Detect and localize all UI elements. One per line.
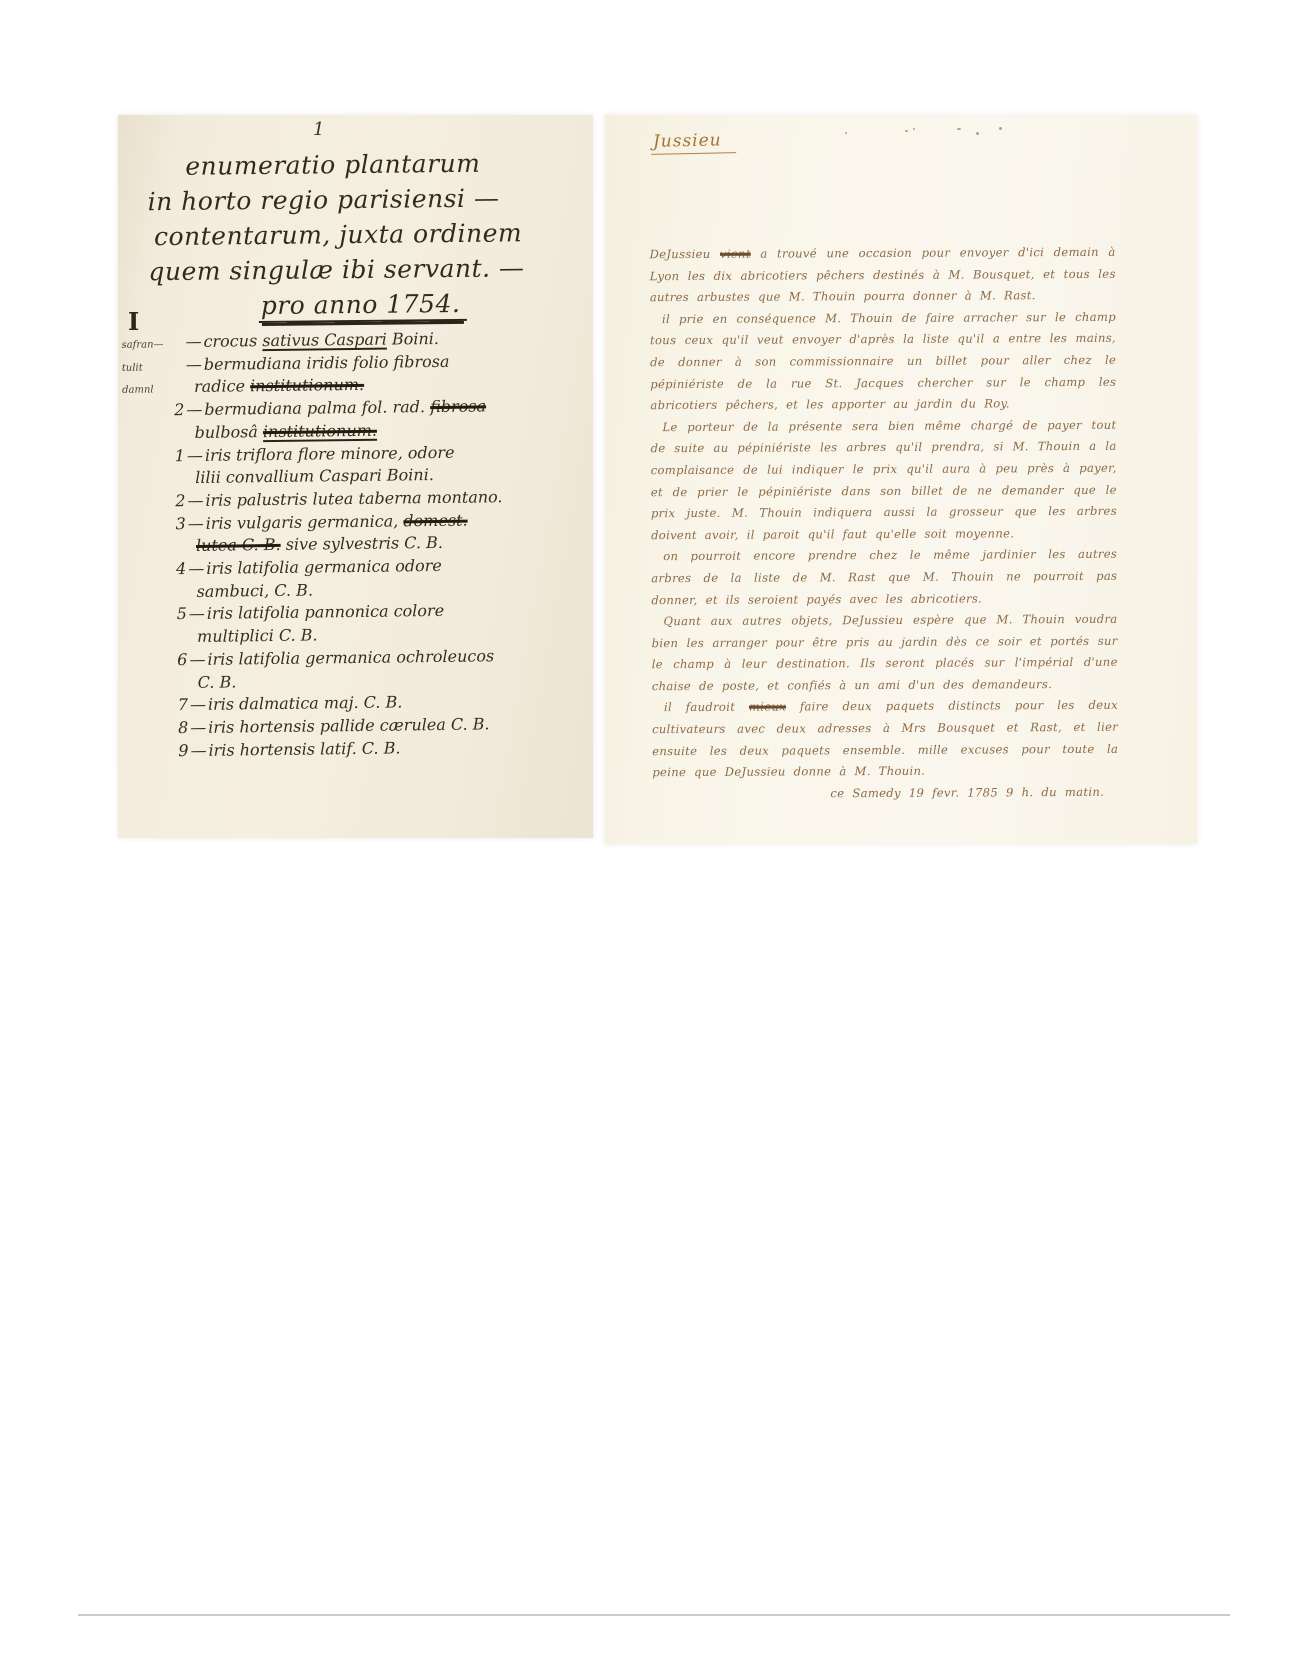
margin-note [124, 529, 168, 530]
letter-paragraph: DeJussieu vient a trouvé une occasion po… [650, 242, 1116, 309]
item-dash: — [188, 739, 208, 762]
margin-note [127, 756, 171, 757]
margin-note [123, 438, 167, 439]
ink-speck [845, 132, 847, 134]
item-dash: — [185, 490, 205, 513]
manuscript-page-letter: Jussieu DeJussieu vient a trouvé une occ… [605, 115, 1197, 844]
item-dash: — [188, 694, 208, 717]
title-line: contentarum, juxta ordinem [148, 215, 568, 254]
page-number: 1 [313, 119, 324, 140]
item-dash: — [186, 512, 206, 535]
title-year-line: pro anno 1754. [149, 285, 569, 324]
letter-dateline: ce Samedy 19 fevr. 1785 9 h. du matin. [830, 782, 1118, 805]
margin-note [126, 688, 170, 689]
item-dash: — [185, 444, 205, 467]
margin-note [125, 642, 169, 643]
letter-header-name: Jussieu [651, 130, 736, 155]
margin-note: safran— [121, 339, 165, 352]
item-dash: — [186, 558, 206, 581]
item-dash: — [184, 399, 204, 422]
title-line: enumeratio plantarum [147, 145, 567, 184]
letter-paragraph: il prie en conséquence M. Thouin de fair… [650, 307, 1117, 417]
letter-paragraph: il faudroit mieux faire deux paquets dis… [652, 695, 1118, 784]
item-dash: — [187, 603, 207, 626]
list-item: 9—iris hortensis latif. C. B. [126, 735, 588, 763]
margin-note [126, 733, 170, 734]
margin-note [125, 597, 169, 598]
letter-paragraph: Quant aux autres objets, DeJussieu espèr… [651, 609, 1117, 698]
item-number: 1 [167, 445, 185, 468]
item-dash: — [184, 354, 204, 377]
plant-list: safran——crocus sativus Caspari Boini.tul… [121, 326, 588, 763]
item-number: 2 [167, 490, 185, 513]
item-number: 3 [168, 513, 186, 536]
item-number: 4 [168, 558, 186, 581]
margin-note [125, 620, 169, 621]
item-dash: — [187, 649, 207, 672]
margin-note [124, 552, 168, 553]
margin-note [125, 665, 169, 666]
item-number: 6 [169, 649, 187, 672]
margin-note: damnl [122, 385, 166, 398]
title-line: in horto regio parisiensi — [147, 180, 567, 219]
margin-note [124, 506, 168, 507]
margin-note: tulit [122, 362, 166, 375]
item-number: 2 [166, 399, 184, 422]
ink-speck [957, 128, 961, 130]
underlined-year: pro anno 1754. [259, 289, 467, 323]
margin-note [122, 415, 166, 416]
ink-speck [976, 132, 979, 135]
ink-speck [905, 130, 908, 132]
margin-note [126, 711, 170, 712]
manuscript-title: enumeratio plantarum in horto regio pari… [147, 145, 569, 324]
ink-speck [913, 128, 915, 130]
title-line: quem singulæ ibi servant. — [148, 250, 568, 289]
letter-paragraph: on pourroit encore prendre chez le même … [651, 544, 1117, 611]
item-dash: — [188, 717, 208, 740]
footer-divider [78, 1614, 1230, 1616]
margin-note [123, 484, 167, 485]
letter-paragraph: Le porteur de la présente sera bien même… [650, 415, 1117, 547]
manuscript-page-latin: 1 enumeratio plantarum in horto regio pa… [118, 115, 593, 838]
item-number: 9 [170, 740, 188, 763]
ink-speck [999, 127, 1002, 130]
item-number: 7 [170, 694, 188, 717]
margin-note [123, 461, 167, 462]
item-number: 8 [170, 717, 188, 740]
margin-note [124, 574, 168, 575]
letter-body: DeJussieu vient a trouvé une occasion po… [650, 242, 1119, 806]
item-dash: — [183, 331, 203, 354]
item-text: iris hortensis latif. C. B. [208, 735, 588, 762]
item-number: 5 [169, 603, 187, 626]
